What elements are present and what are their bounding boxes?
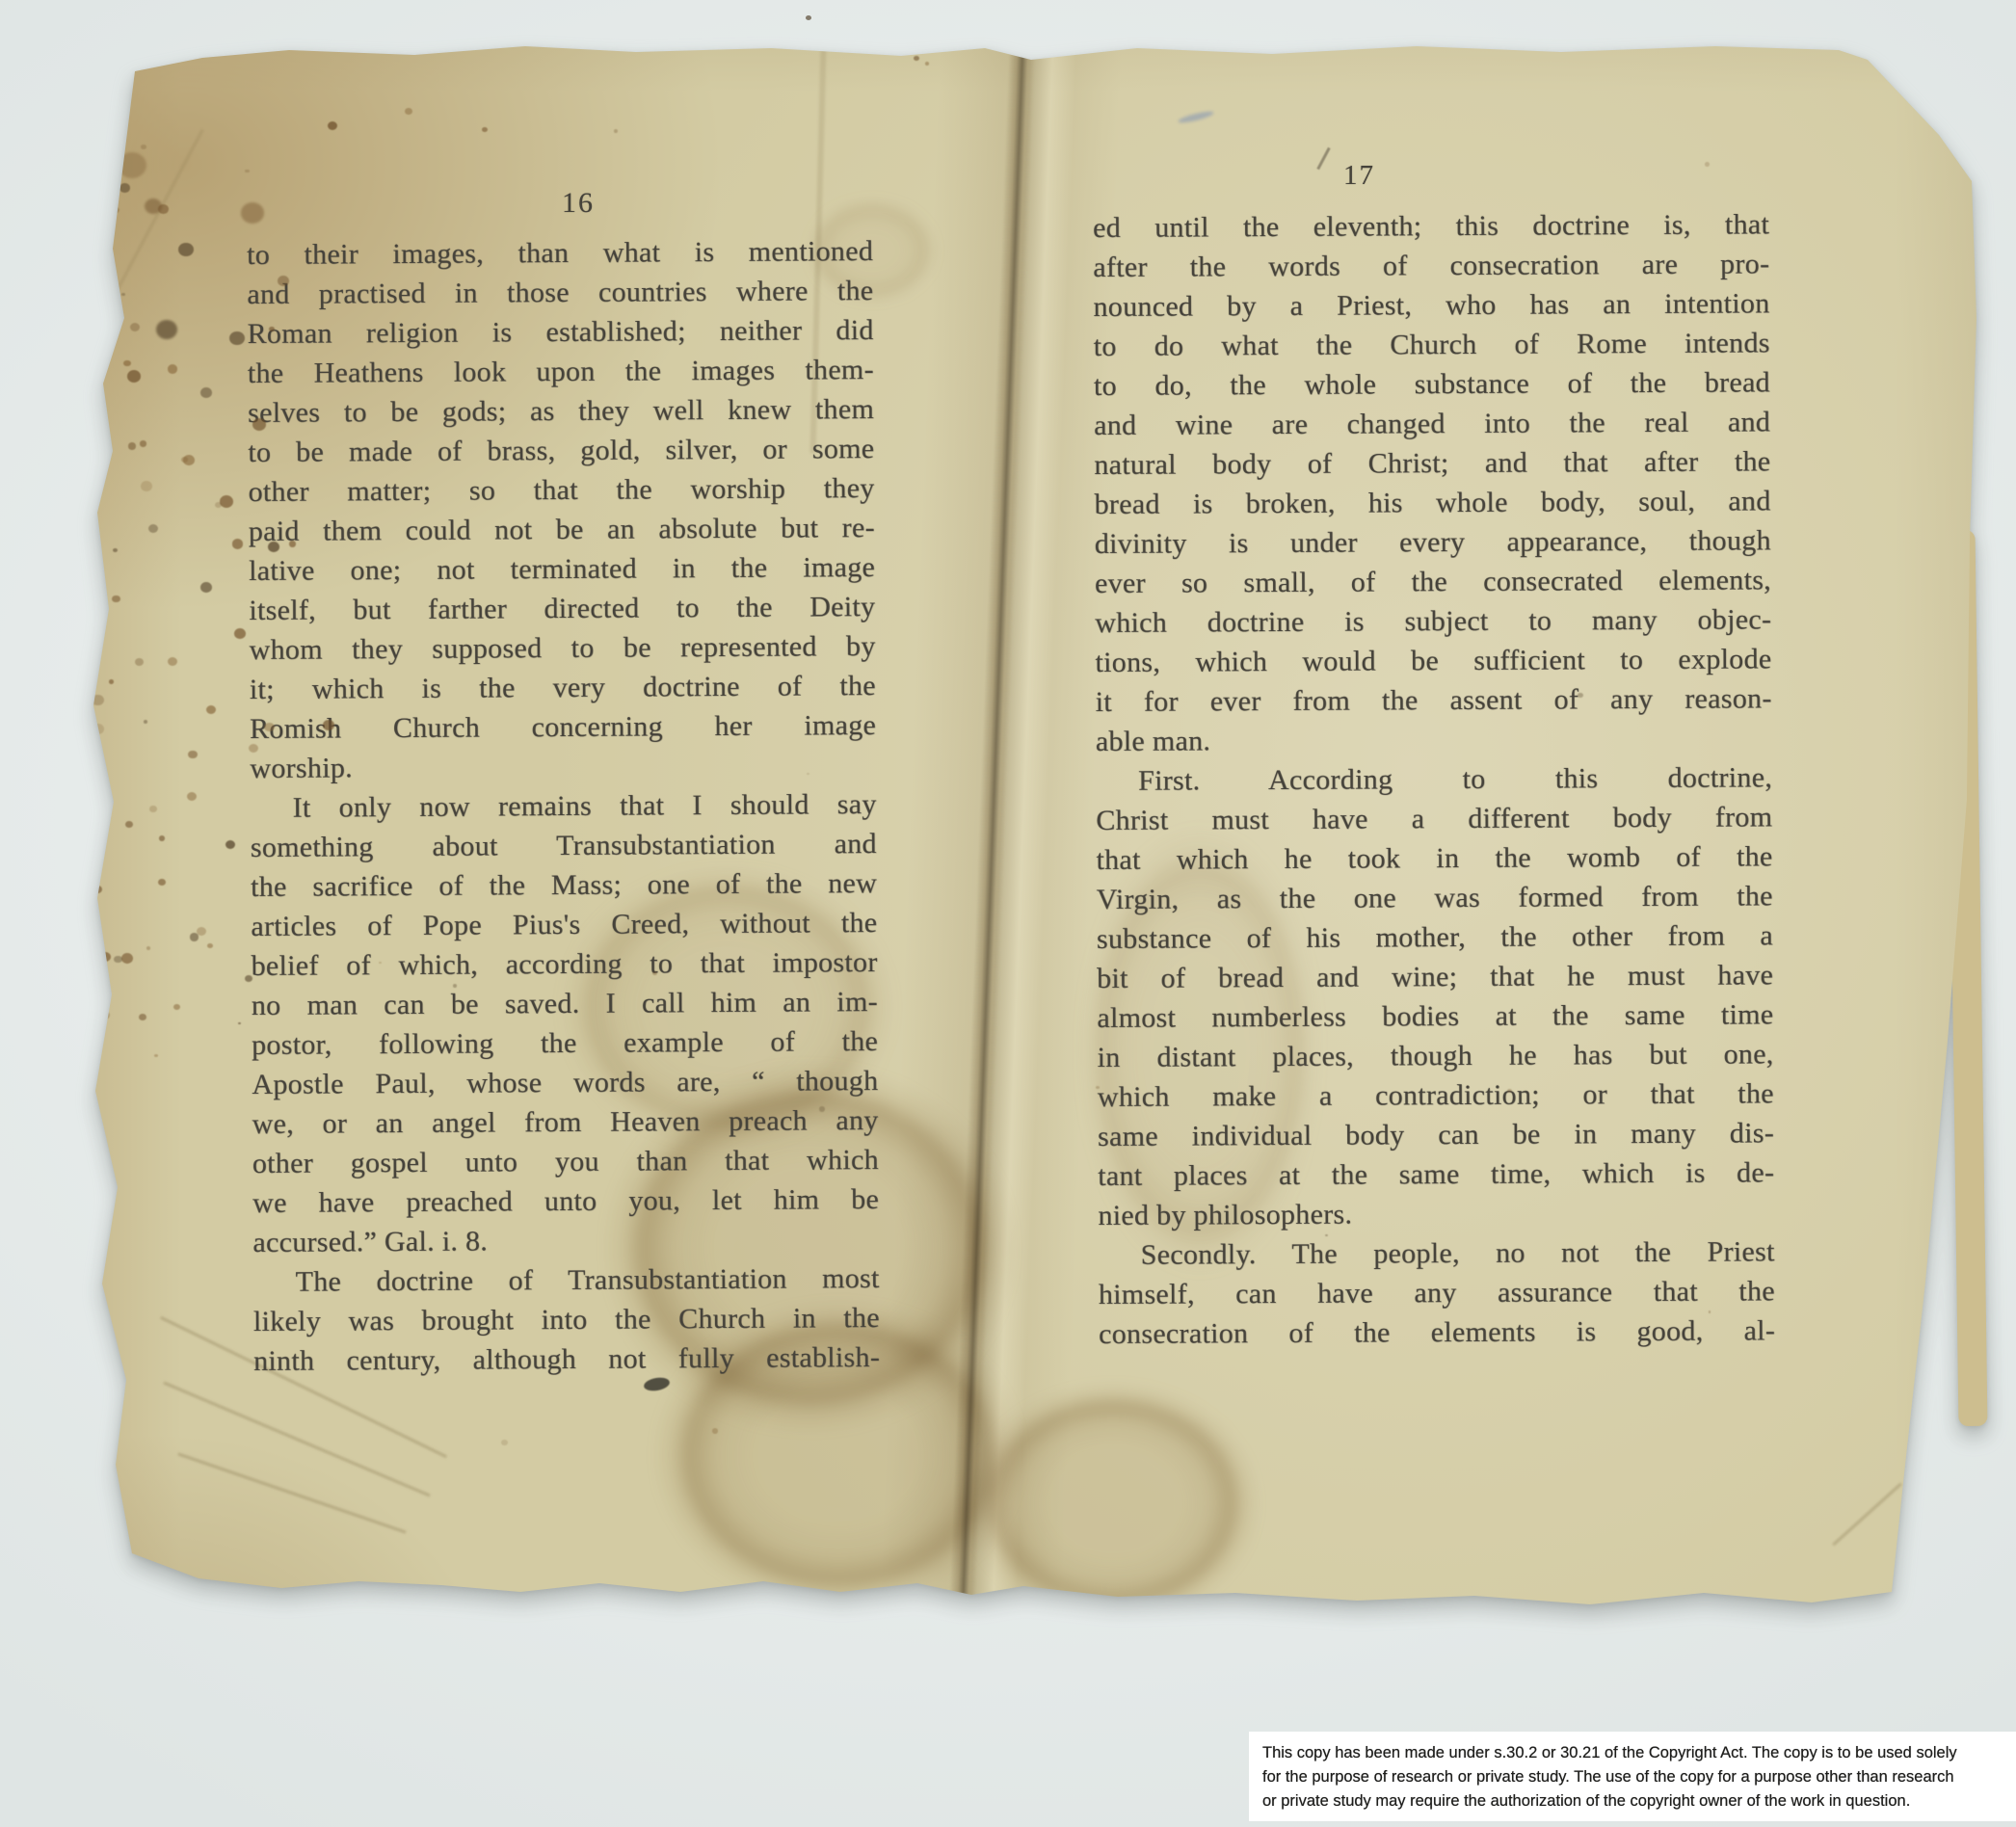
left-page-line: likely was brought into the Church in th… [253,1298,880,1341]
left-page-line: we have preached unto you, let him be [252,1179,879,1223]
foxing-spot [501,1440,507,1445]
right-page-line: tant places at the same time, which is d… [1098,1152,1774,1196]
foxing-spot [453,984,457,988]
right-page-line: nied by philosophers. [1098,1192,1774,1235]
foxing-spot [139,1014,146,1020]
foxing-spot [148,524,158,533]
left-page-line: It only now remains that I should say [251,784,877,828]
copyright-notice: This copy has been made under s.30.2 or … [1249,1732,2016,1821]
foxing-spot [141,481,152,491]
left-page-line: itself, but farther directed to the Deit… [249,587,875,630]
foxing-spot [118,152,146,178]
foxing-spot [268,542,279,552]
foxing-spot [914,56,919,61]
foxing-spot [100,1011,110,1019]
foxing-spot [1096,1086,1100,1089]
right-page-number: 17 [1343,160,1375,192]
foxing-spot [121,293,125,296]
left-page-line: accursed.” Gal. i. 8. [252,1219,879,1262]
right-page-line: almost numberless bodies at the same tim… [1097,994,1773,1038]
foxing-spot [249,744,258,753]
right-page-line: bit of bread and wine; that he must have [1097,955,1773,998]
foxing-spot [159,835,166,841]
foxing-spot [128,442,136,449]
stray-ink-mark [1316,147,1330,170]
foxing-spot [119,183,130,193]
foxing-spot [241,202,264,224]
left-page-line: belief of which, according to that impos… [252,942,878,986]
foxing-spot [173,1004,180,1010]
right-page-line: ed until the eleventh; this doctrine is,… [1093,204,1769,248]
right-page-line: which make a contradiction; or that the [1098,1073,1774,1117]
right-page-line: ever so small, of the consecrated elemen… [1095,560,1771,603]
foxing-spot [92,695,103,705]
foxing-spot [200,582,212,593]
foxing-spot [1325,1234,1327,1236]
foxing-spot [187,792,197,801]
foxing-spot [245,170,249,173]
foxing-spot [127,370,141,383]
right-page-line: Secondly. The people, no not the Priest [1099,1231,1775,1275]
left-page-line: ninth century, although not fully establ… [253,1337,880,1381]
right-page-line: consecration of the elements is good, al… [1099,1311,1775,1354]
left-page-line: something about Transubstantiation and [251,824,877,867]
left-page-line: to their images, than what is mentioned [247,231,873,275]
right-page-line: Christ must have a different body from [1096,797,1772,840]
foxing-spot [93,886,102,893]
foxing-spot [188,751,197,758]
left-page-text: to their images, than what is mentioneda… [247,231,880,1381]
right-page-line: himself, can have any assurance that the [1099,1271,1775,1314]
foxing-spot [328,121,337,130]
left-page-line: Apostle Paul, whose words are, “ though [252,1061,878,1104]
left-page-line: we, or an angel from Heaven preach any [252,1100,879,1144]
foxing-spot [149,806,156,812]
water-stain [949,1368,1277,1638]
foxing-spot [158,204,169,214]
left-page-number: 16 [562,187,595,220]
foxing-spot [178,243,194,256]
crease-line [163,1382,430,1497]
right-page-line: bread is broken, his whole body, soul, a… [1095,481,1771,524]
left-page-line: postor, following the example of the [252,1021,878,1065]
foxing-spot [99,952,111,962]
right-page-line: tions, which would be sufficient to expl… [1095,639,1771,682]
foxing-spot [93,724,104,734]
foxing-spot [652,971,657,975]
copyright-notice-line: for the purpose of research or private s… [1262,1765,2016,1789]
left-page-line: paid them could not be an absolute but r… [249,508,875,551]
foxing-spot [379,962,382,965]
copyright-notice-line: or private study may require the authori… [1262,1789,2016,1814]
left-page-line: selves to be gods; as they well knew the… [248,389,874,433]
foxing-spot [1705,162,1710,167]
foxing-spot [405,108,412,115]
right-page-line: divinity is under every appearance, thou… [1095,520,1771,564]
paper-sheet: 16 17 to their images, than what is ment… [0,0,2016,1827]
foxing-spot [113,207,119,213]
foxing-spot [819,1106,825,1112]
left-page-line: and practised in those countries where t… [247,271,873,314]
right-page-line: natural body of Christ; and that after t… [1094,441,1770,485]
foxing-spot [1709,1311,1711,1313]
left-page-line: to be made of brass, gold, silver, or so… [248,429,874,472]
left-page-line: the sacrifice of the Mass; one of the ne… [251,863,877,907]
gutter-shading [880,36,1123,1602]
right-page-line: nounced by a Priest, who has an intentio… [1093,283,1769,327]
crease-line [1832,1483,1902,1547]
left-page-line: Roman religion is established; neither d… [248,310,874,354]
foxing-spot [130,323,140,331]
foxing-spot [323,720,334,730]
foxing-spot [229,331,245,345]
foxing-spot [207,943,213,948]
foxing-spot [154,1054,158,1057]
foxing-spot [98,452,110,463]
left-page-line: whom they supposed to be represented by [250,626,876,670]
foxing-spot [114,956,122,964]
left-page-line: the Heathens look upon the images them- [248,350,874,393]
foxing-spot [232,539,244,548]
gutter-fold [949,39,1036,1600]
foxing-spot [252,418,266,431]
foxing-spot [269,327,274,331]
foxing-spot [156,320,177,339]
foxing-spot [225,840,235,849]
right-page-line: to do, the whole substance of the bread [1094,362,1770,406]
foxing-spot [234,628,246,639]
foxing-spot [482,127,488,132]
right-page-line: it for ever from the assent of any reaso… [1096,678,1772,722]
foxing-spot [712,1428,718,1433]
left-page-line: no man can be saved. I call him an im- [252,982,878,1025]
foxing-spot [121,953,133,964]
left-page-line: other matter; so that the worship they [249,468,875,512]
right-page-line: First. According to this doctrine, [1096,757,1772,801]
foxing-spot [206,705,216,714]
foxing-spot [925,62,929,66]
foxing-spot [215,502,222,508]
scanner-bed: 16 17 to their images, than what is ment… [0,0,2016,1827]
foxing-spot [168,364,177,373]
book-spread: 16 17 to their images, than what is ment… [0,0,2016,1827]
foxing-spot [92,517,95,521]
left-page-line: Romish Church concerning her image [250,705,876,749]
right-page-line: same individual body can be in many dis- [1098,1113,1774,1156]
left-page-line: lative one; not terminated in the image [249,547,875,591]
foxing-spot [264,723,274,731]
foxing-spot [123,360,131,367]
foxing-spot [289,541,297,547]
foxing-spot [614,129,618,133]
right-page-line: to do what the Church of Rome intends [1094,323,1770,366]
foxing-spot [158,879,166,886]
right-page-line: able man. [1096,718,1772,761]
left-page-line: The doctrine of Transubstantiation most [253,1258,880,1302]
foxing-spot [113,548,118,552]
right-page-line: after the words of consecration are pro- [1093,244,1769,287]
left-page-line: worship. [250,745,876,788]
right-page-line: Virgin, as the one was formed from the [1097,876,1773,919]
left-page-line: it; which is the very doctrine of the [250,666,876,709]
left-page-line: articles of Pope Pius's Creed, without t… [251,903,877,946]
foxing-spot [200,387,212,398]
foxing-spot [238,1022,241,1025]
foxing-spot [168,657,177,666]
crease-line [177,1452,406,1533]
foxing-spot [140,440,146,446]
foxing-spot [190,933,199,940]
foxing-spot [112,596,120,603]
foxing-spot [125,821,133,828]
foxing-spot [109,679,114,684]
foxing-spot [1578,693,1583,698]
foxing-spot [144,720,147,724]
right-page-line: and wine are changed into the real and [1094,402,1770,445]
copyright-notice-line: This copy has been made under s.30.2 or … [1262,1741,2016,1765]
right-page-line: that which he took in the womb of the [1096,836,1772,880]
left-page-line: other gospel unto you than that which [252,1140,879,1183]
foxing-spot [220,495,233,508]
right-page-line: which doctrine is subject to many objec- [1095,599,1771,643]
foxing-spot [141,145,146,149]
foxing-spot [135,658,145,667]
foxing-spot [92,502,94,505]
right-page-line: in distant places, though he has but one… [1098,1034,1774,1077]
right-page-line: substance of his mother, the other from … [1097,915,1773,959]
foxing-spot [95,237,107,248]
right-page-text: ed until the eleventh; this doctrine is,… [1093,204,1775,1354]
blue-ink-smudge [1178,110,1215,125]
foxing-spot [146,946,150,950]
